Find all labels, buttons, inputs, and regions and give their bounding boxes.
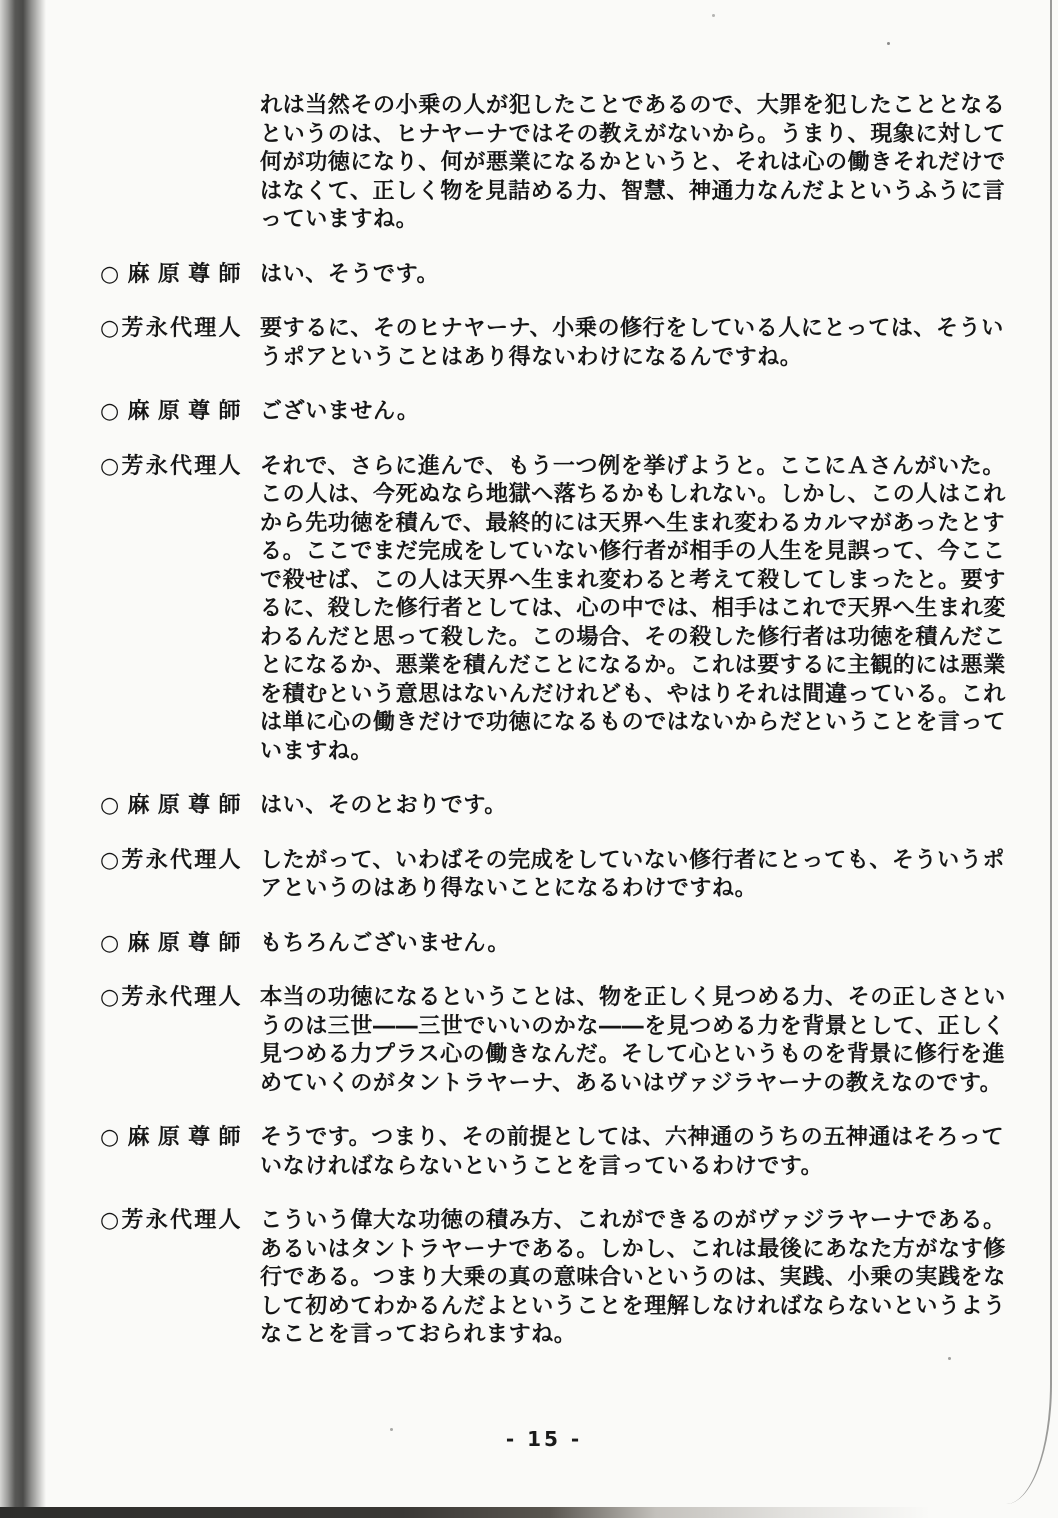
speech-text: それで、さらに進んで、もう一つ例を挙げようと。ここにＡさんがいた。 この人は、今… [260,453,1018,767]
dialogue-row: ○芳永代理人 本当の功徳になるということは、物を正しく見つめる力、その正しさとい… [0,984,1058,1098]
speech-text: そうです。つまり、その前提としては、六神通のうちの五神通はそろって いなければな… [260,1124,1018,1181]
dialogue-row: ○麻原尊師 はい、そうです。 [0,261,1058,290]
dialogue-row: ○芳永代理人 要するに、そのヒナヤーナ、小乗の修行をしている人にとっては、そうい… [0,315,1058,372]
speaker-label: ○麻原尊師 [100,792,241,821]
page-number: - 15 - [0,1427,1058,1451]
dialogue-row: ○麻原尊師 はい、そのとおりです。 [0,792,1058,821]
speech-text: したがって、いわばその完成をしていない修行者にとっても、そういうポ アというのは… [260,847,1018,904]
dialogue-row: ○麻原尊師 ございません。 [0,398,1058,427]
dialogue-row: ○芳永代理人 したがって、いわばその完成をしていない修行者にとっても、そういうポ… [0,847,1058,904]
speech-text: れは当然その小乗の人が犯したことであるので、大罪を犯したこととなる というのは、… [260,92,1018,235]
speech-text: はい、そのとおりです。 [260,792,1018,821]
speaker-label: ○芳永代理人 [100,847,241,876]
scanned-page: れは当然その小乗の人が犯したことであるので、大罪を犯したこととなる というのは、… [0,0,1058,1518]
dialogue-row: ○芳永代理人 こういう偉大な功徳の積み方、これができるのがヴァジラヤーナである。… [0,1207,1058,1350]
dialogue-row: れは当然その小乗の人が犯したことであるので、大罪を犯したこととなる というのは、… [0,92,1058,235]
speech-text: はい、そうです。 [260,261,1018,290]
speech-text: もちろんございません。 [260,930,1018,959]
speaker-label: ○麻原尊師 [100,398,241,427]
dialogue-row: ○芳永代理人 それで、さらに進んで、もう一つ例を挙げようと。ここにＡさんがいた。… [0,453,1058,767]
speaker-label: ○芳永代理人 [100,453,241,482]
speech-text: 要するに、そのヒナヤーナ、小乗の修行をしている人にとっては、そうい うポアという… [260,315,1018,372]
dialogue: れは当然その小乗の人が犯したことであるので、大罪を犯したこととなる というのは、… [0,92,1058,1376]
scan-edge-bottom [0,1507,1058,1518]
speech-text: ございません。 [260,398,1018,427]
scan-specks [887,42,890,45]
dialogue-row: ○麻原尊師 そうです。つまり、その前提としては、六神通のうちの五神通はそろって … [0,1124,1058,1181]
speaker-label: ○麻原尊師 [100,261,241,290]
speech-text: 本当の功徳になるということは、物を正しく見つめる力、その正しさとい うのは三世―… [260,984,1018,1098]
speech-text: こういう偉大な功徳の積み方、これができるのがヴァジラヤーナである。 あるいはタン… [260,1207,1018,1350]
speaker-label: ○芳永代理人 [100,315,241,344]
speaker-label: ○芳永代理人 [100,1207,241,1236]
speaker-label: ○麻原尊師 [100,1124,241,1153]
speaker-label: ○麻原尊師 [100,930,241,959]
speaker-label: ○芳永代理人 [100,984,241,1013]
dialogue-row: ○麻原尊師 もちろんございません。 [0,930,1058,959]
